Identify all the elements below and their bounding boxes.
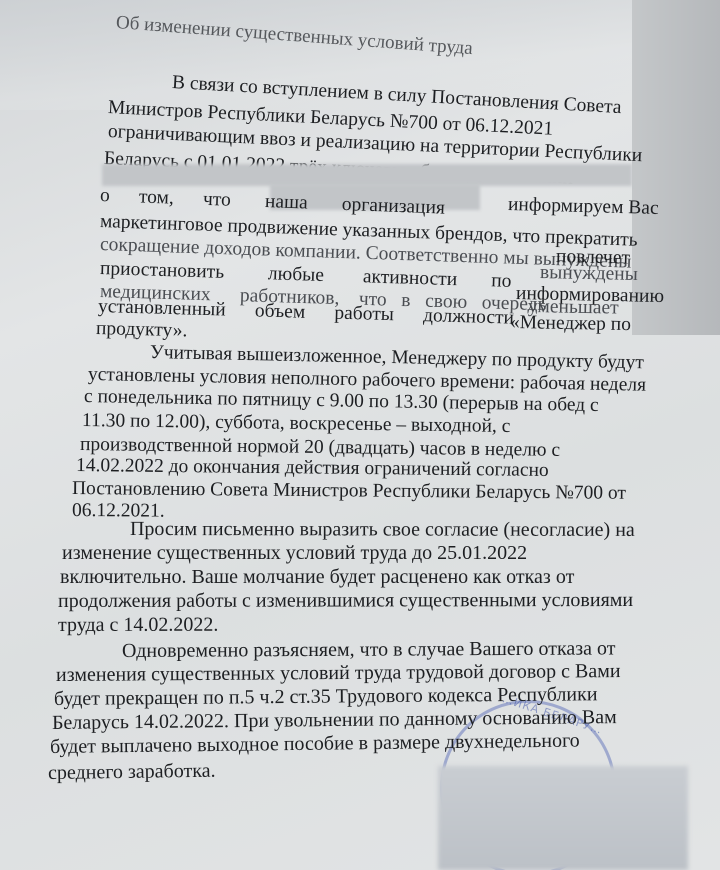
paragraph-3-line-2: изменение существенных условий труда до … (62, 542, 527, 564)
paragraph-2-line-4: 11.30 по 12.00), суббота, воскресенье – … (82, 410, 511, 438)
paragraph-3-line-4: продолжения работы с изменившимися сущес… (58, 589, 633, 612)
paragraph-4-line-1: Одновременно разъясняем, что в случае Ва… (122, 637, 616, 662)
paragraph-1-line-12: продукту». (96, 318, 188, 342)
paragraph-1-line-11-tail: «Менеджер по (510, 312, 631, 336)
paragraph-3-line-5: труда с 14.02.2022. (58, 614, 218, 636)
redacted-signature (438, 766, 688, 870)
redacted-region (102, 164, 632, 186)
paragraph-3-line-3: включительно. Ваше молчание будет расцен… (60, 566, 574, 588)
paragraph-1-line-9-right: вынуждены (540, 262, 638, 286)
paragraph-4-line-2: изменения существенных условий труда тру… (56, 660, 621, 686)
paragraph-1-line-6-right: информируем Вас (508, 194, 659, 220)
paragraph-4-line-6: среднего заработка. (48, 760, 216, 784)
paragraph-3-line-1: Просим письменно выразить свое согласие … (130, 518, 635, 541)
